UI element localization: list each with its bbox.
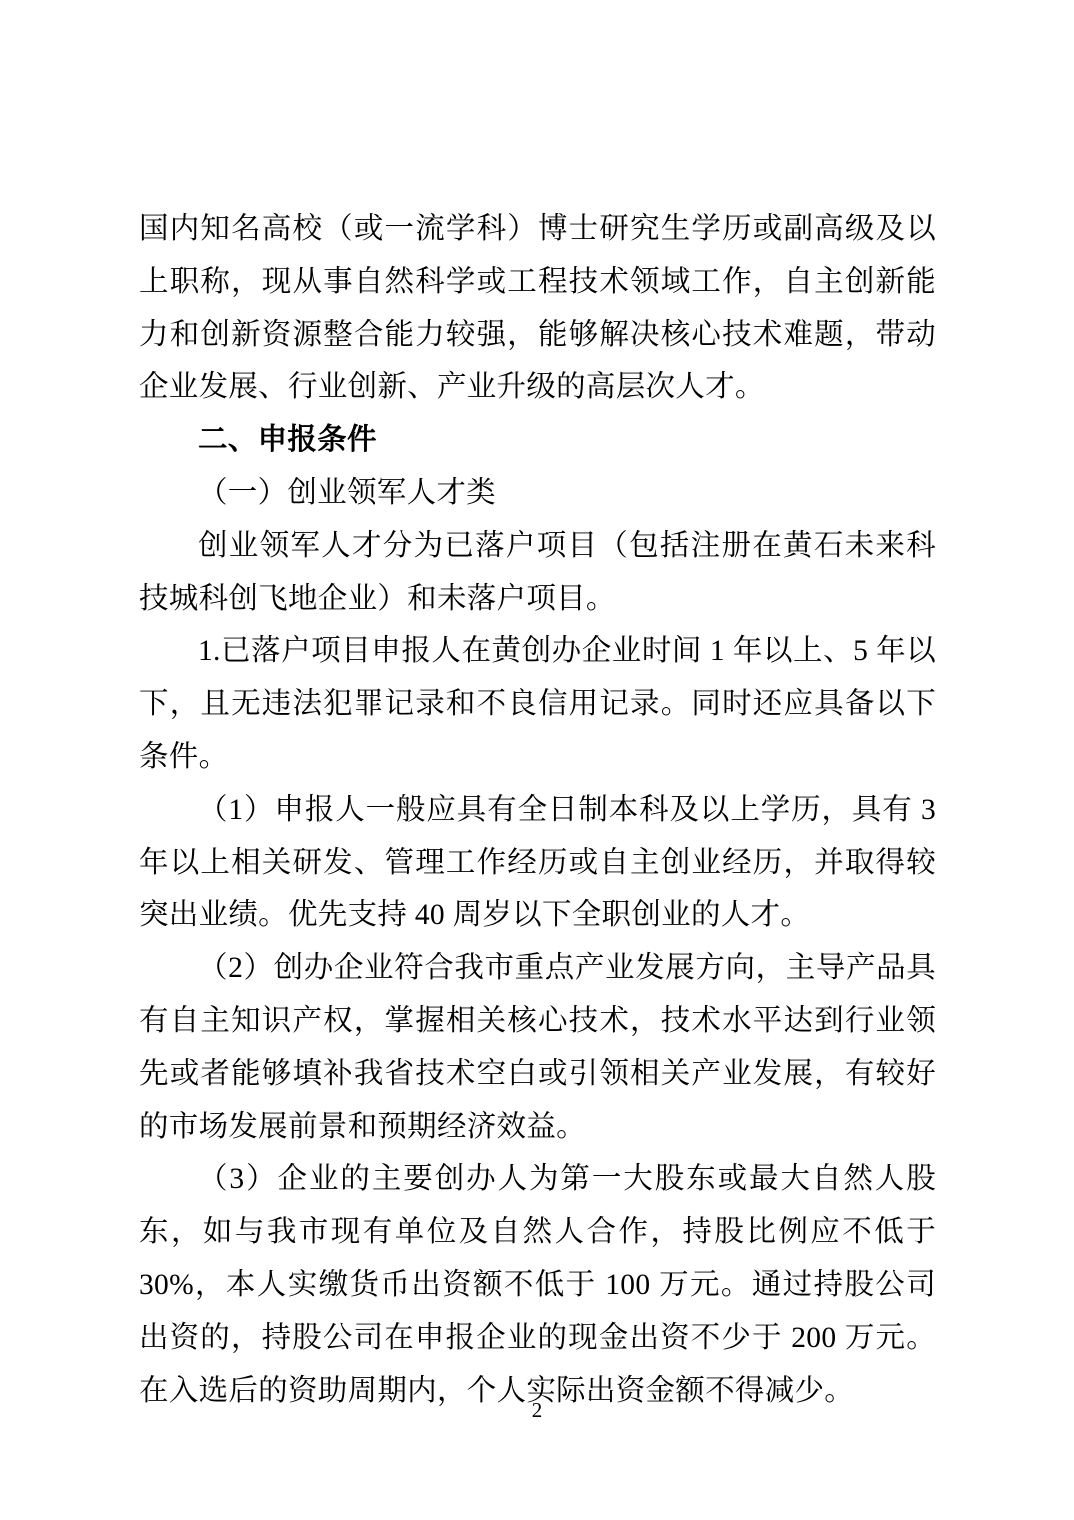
document-page: 国内知名高校（或一流学科）博士研究生学历或副高级及以上职称，现从事自然科学或工程… bbox=[0, 0, 1074, 1520]
subsection-heading: （一）创业领军人才类 bbox=[139, 467, 936, 520]
paragraph: （2）创办企业符合我市重点产业发展方向，主导产品具有自主知识产权，掌握相关核心技… bbox=[139, 942, 936, 1153]
paragraph: （3）企业的主要创办人为第一大股东或最大自然人股东，如与我市现有单位及自然人合作… bbox=[139, 1153, 936, 1417]
page-number: 2 bbox=[0, 1395, 1074, 1425]
paragraph: （1）申报人一般应具有全日制本科及以上学历，具有 3 年以上相关研发、管理工作经… bbox=[139, 784, 936, 942]
paragraph: 1.已落户项目申报人在黄创办企业时间 1 年以上、5 年以下，且无违法犯罪记录和… bbox=[139, 625, 936, 783]
continuation-paragraph: 国内知名高校（或一流学科）博士研究生学历或副高级及以上职称，现从事自然科学或工程… bbox=[139, 203, 936, 414]
document-body: 国内知名高校（或一流学科）博士研究生学历或副高级及以上职称，现从事自然科学或工程… bbox=[139, 203, 936, 1417]
section-heading: 二、申报条件 bbox=[139, 414, 936, 467]
paragraph: 创业领军人才分为已落户项目（包括注册在黄石未来科技城科创飞地企业）和未落户项目。 bbox=[139, 520, 936, 626]
